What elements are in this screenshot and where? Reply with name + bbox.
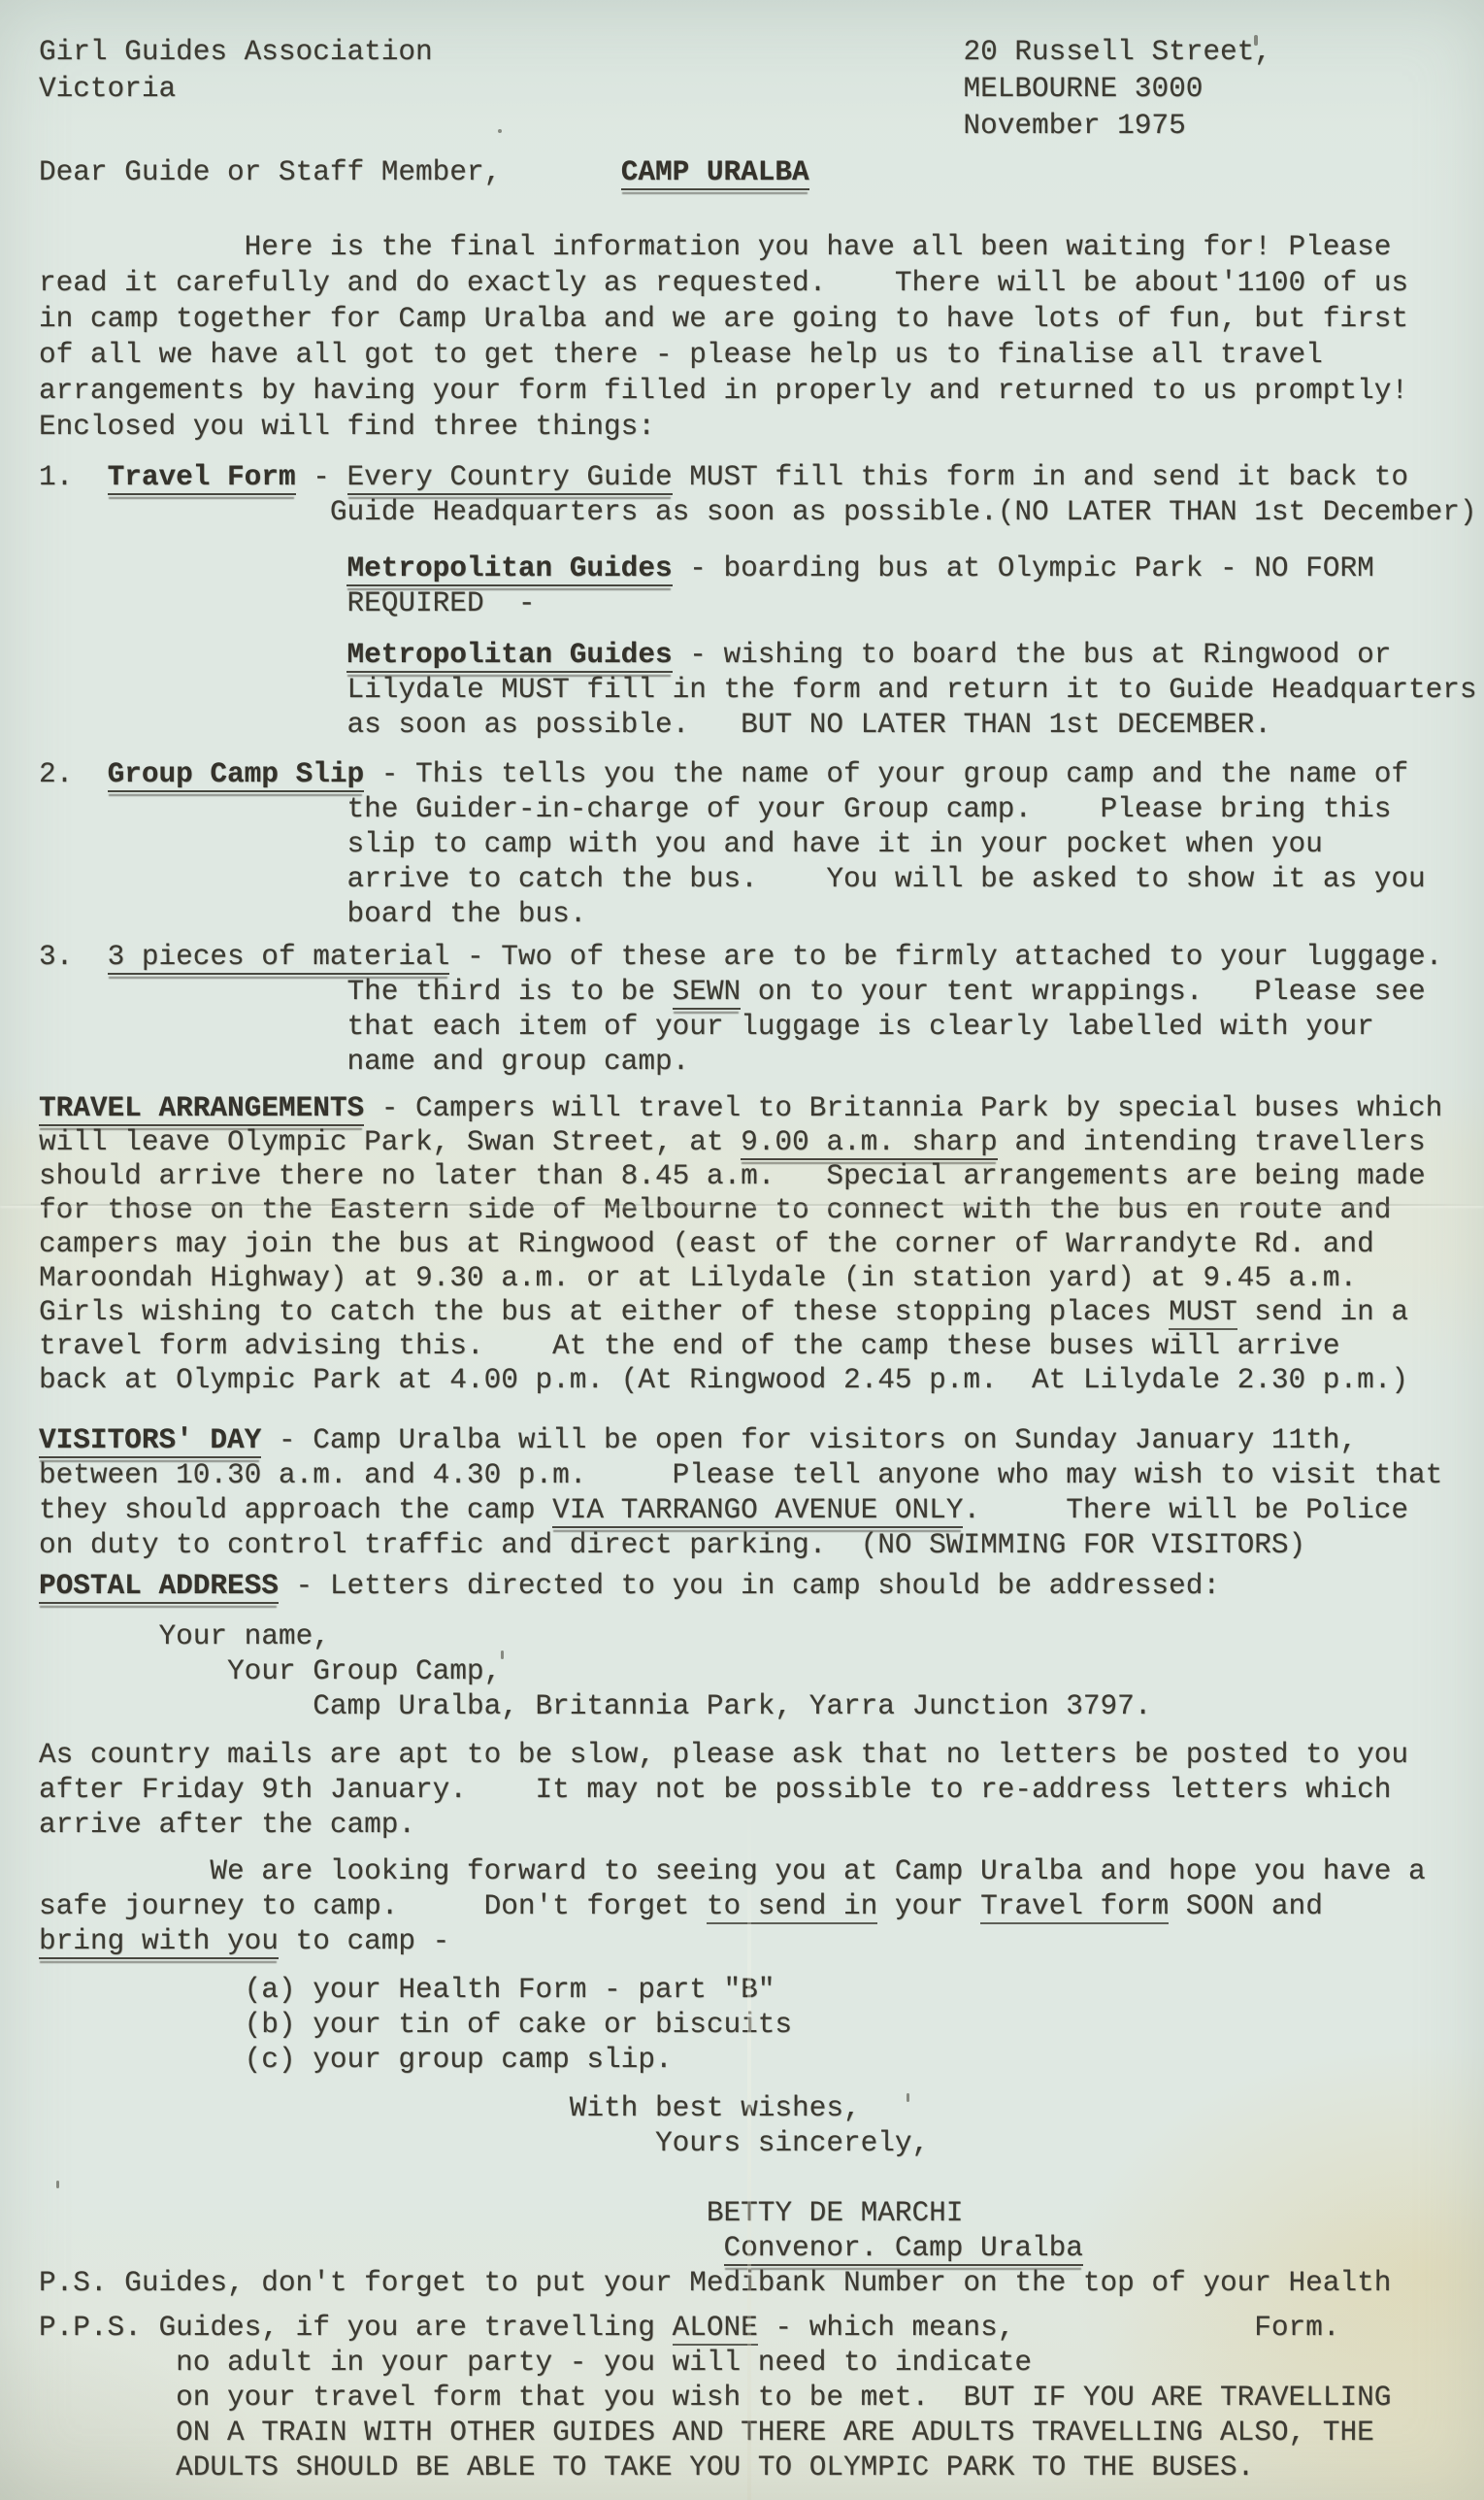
spacer [1203, 976, 1254, 1008]
paper-fold-crease [0, 1204, 1484, 1206]
text-run: after Friday 9th January. [39, 1774, 467, 1806]
text-line: Your name, [39, 1619, 1151, 1654]
text-line: that each item of your luggage is clearl… [39, 1010, 1442, 1045]
text-run: of all we have all got to get there - pl… [39, 339, 1323, 371]
text-run: no adult in your party - you will need t… [176, 2347, 1032, 2379]
ps-line: P.S. Guides, don't forget to put your Me… [39, 2266, 1391, 2301]
item-1-travel-form: 1. Travel Form - Every Country Guide MUS… [39, 460, 1477, 530]
text-line: safe journey to camp. Don't forget to se… [39, 1889, 1426, 1924]
spacer [39, 1855, 210, 1887]
heading-3-pieces-of-material: 3 pieces of material [108, 941, 450, 975]
valediction-line-1: With best wishes, [570, 2092, 861, 2124]
spacer [39, 639, 346, 671]
spacer [39, 2451, 176, 2483]
address-street: 20 Russell Street, [963, 36, 1270, 68]
spacer [39, 1011, 346, 1043]
text-run: - Campers will travel to Britannia Park … [364, 1092, 1442, 1124]
text-run: they should approach the camp [39, 1494, 552, 1526]
text-run: - boarding bus at Olympic Park - NO FORM [673, 552, 1374, 584]
text-line: Metropolitan Guides - boarding bus at Ol… [39, 551, 1374, 586]
spacer [39, 1046, 346, 1078]
text-line: 3. 3 pieces of material - Two of these a… [39, 940, 1442, 975]
text-line: back at Olympic Park at 4.00 p.m. (At Ri… [39, 1363, 1442, 1397]
text-run: - This tells you the name of your group … [364, 758, 1408, 790]
text-run: ADULTS SHOULD BE ABLE TO TAKE YOU TO OLY… [176, 2451, 1254, 2483]
text-run: Travel form [980, 1890, 1169, 1924]
spacer [39, 2347, 176, 2379]
text-line: ON A TRAIN WITH OTHER GUIDES AND THERE A… [39, 2416, 1391, 2450]
text-run: P.P.S. Guides, if you are travelling [39, 2312, 673, 2344]
paper-speck [56, 2181, 59, 2188]
spacer [73, 941, 107, 973]
pps-block: P.P.S. Guides, if you are travelling ALO… [39, 2311, 1391, 2485]
text-line: P.P.S. Guides, if you are travelling ALO… [39, 2311, 1391, 2346]
spacer [39, 1620, 158, 1652]
text-run: As country mails are apt to be slow, ple… [39, 1739, 1408, 1771]
paper-speck [501, 1650, 504, 1659]
text-run: We are looking forward to seeing you at … [210, 1855, 1425, 1887]
spacer [1032, 793, 1101, 825]
paper-speck [907, 2093, 909, 2102]
text-line: Here is the final information you have a… [39, 229, 1408, 265]
text-line: (b) your tin of cake or biscuits [39, 2008, 792, 2043]
bring-item-c: (c) your group camp slip. [245, 2044, 673, 2076]
text-run: SOON and [1169, 1890, 1323, 1922]
text-run: Please tell anyone who may wish to visit… [673, 1459, 1443, 1491]
text-run: ON A TRAIN WITH OTHER GUIDES AND THERE A… [176, 2417, 1374, 2449]
text-line: Guide Headquarters as soon as possible.(… [39, 495, 1477, 530]
text-run: - Letters directed to you in camp should… [279, 1570, 1220, 1602]
postal-address-heading: POSTAL ADDRESS - Letters directed to you… [39, 1569, 1220, 1604]
spacer [39, 2197, 707, 2229]
item-2-group-camp-slip: 2. Group Camp Slip - This tells you the … [39, 757, 1426, 932]
text-run: - Camp Uralba will be open for visitors … [261, 1424, 1357, 1456]
text-run: It may not be possible to re-address let… [536, 1774, 1392, 1806]
visitors-day-paragraph: VISITORS' DAY - Camp Uralba will be open… [39, 1423, 1442, 1563]
text-run: read it carefully and do exactly as requ… [39, 267, 826, 299]
text-line: November 1975 [39, 108, 1271, 145]
spacer [586, 1459, 672, 1491]
text-line: Dear Guide or Staff Member, CAMP URALBA [39, 155, 809, 190]
text-run: There will be about'1100 of us [895, 267, 1408, 299]
spacer [39, 828, 346, 860]
spacer [484, 1330, 553, 1362]
text-line: Girl Guides Association 20 Russell Stree… [39, 34, 1271, 71]
text-run: ALONE [673, 2312, 758, 2346]
text-run: board the bus. [346, 898, 586, 930]
text-line: Maroondah Highway) at 9.30 a.m. or at Li… [39, 1261, 1442, 1295]
spacer [39, 496, 330, 528]
text-run: VIA TARRANGO AVENUE ONLY [552, 1494, 963, 1528]
spacer [398, 1890, 483, 1922]
text-run: Girls wishing to catch the bus at either… [39, 1296, 1169, 1328]
heading-group-camp-slip: Group Camp Slip [108, 758, 365, 792]
spacer [39, 863, 346, 895]
text-run: SEWN [673, 976, 742, 1010]
text-run: BUT NO LATER THAN 1st DECEMBER. [741, 709, 1271, 741]
text-run: (NO SWIMMING FOR VISITORS) [861, 1529, 1306, 1561]
text-run: in camp together for Camp Uralba and we … [39, 303, 1408, 335]
text-run: send in a [1237, 1296, 1408, 1328]
text-line: they should approach the camp VIA TARRAN… [39, 1493, 1442, 1528]
text-run: - [518, 587, 536, 619]
text-line: Camp Uralba, Britannia Park, Yarra Junct… [39, 1689, 1151, 1724]
text-line: We are looking forward to seeing you at … [39, 1854, 1426, 1889]
text-line: in camp together for Camp Uralba and we … [39, 301, 1408, 337]
text-line: Convenor. Camp Uralba [39, 2231, 1083, 2266]
country-mails-paragraph: As country mails are apt to be slow, ple… [39, 1738, 1408, 1843]
text-run: The third is to be [346, 976, 672, 1008]
text-run: 3. [39, 941, 73, 973]
text-line: as soon as possible. BUT NO LATER THAN 1… [39, 708, 1477, 743]
text-run: as soon as possible. [346, 709, 689, 741]
text-line: BETTY DE MARCHI [39, 2196, 1083, 2231]
text-line: Lilydale MUST fill in the form and retur… [39, 673, 1477, 708]
text-run: 1. [39, 461, 73, 493]
text-run: on your travel form that you wish to be … [176, 2382, 929, 2414]
text-run: safe journey to camp. [39, 1890, 398, 1922]
text-line: campers may join the bus at Ringwood (ea… [39, 1227, 1442, 1261]
spacer [433, 36, 964, 68]
spacer [73, 758, 107, 790]
text-line: 2. Group Camp Slip - This tells you the … [39, 757, 1426, 792]
bring-list: (a) your Health Form - part "B" (b) your… [39, 1973, 792, 2078]
spacer [484, 587, 518, 619]
text-line: 1. Travel Form - Every Country Guide MUS… [39, 460, 1477, 495]
text-run: the Guider-in-charge of your Group camp. [346, 793, 1032, 825]
text-line: read it carefully and do exactly as requ… [39, 265, 1408, 301]
text-run: 9.00 a.m. sharp [741, 1126, 998, 1160]
closing-paragraph: We are looking forward to seeing you at … [39, 1854, 1426, 1959]
valediction: With best wishes, Yours sincerely, [39, 2091, 929, 2161]
text-line: Victoria MELBOURNE 3000 [39, 71, 1271, 108]
text-run: should arrive there no later than 8.45 a… [39, 1160, 775, 1192]
text-line: will leave Olympic Park, Swan Street, at… [39, 1125, 1442, 1159]
spacer [39, 2009, 245, 2041]
spacer [73, 461, 107, 493]
text-run: arrive after the camp. [39, 1809, 415, 1841]
text-run: back at Olympic Park at 4.00 p.m. (At Ri… [39, 1364, 998, 1396]
text-run: . [963, 1494, 980, 1526]
bring-item-a: (a) your Health Form - part "B" [245, 1974, 775, 2006]
postal-line-1: Your name, [158, 1620, 329, 1652]
text-line: on your travel form that you wish to be … [39, 2381, 1391, 2416]
text-run: and intending travellers [998, 1126, 1426, 1158]
letter-page: Girl Guides Association 20 Russell Stree… [0, 0, 1484, 2500]
spacer [39, 231, 245, 263]
spacer [39, 2092, 570, 2124]
spacer [929, 2382, 963, 2414]
heading-postal-address: POSTAL ADDRESS [39, 1570, 279, 1604]
salutation: Dear Guide or Staff Member, [39, 156, 501, 188]
paper-fold-crease-vertical [747, 1806, 751, 2500]
text-line: Enclosed you will find three things: [39, 410, 655, 445]
text-run: REQUIRED [346, 587, 483, 619]
spacer [826, 1529, 860, 1561]
heading-travel-form: Travel Form [108, 461, 296, 495]
spacer [39, 674, 346, 706]
text-line: Girls wishing to catch the bus at either… [39, 1295, 1442, 1329]
text-line: arrive to catch the bus. You will be ask… [39, 862, 1426, 897]
text-run: that each item of your luggage is clearl… [346, 1011, 1373, 1043]
heading-metropolitan-guides-1: Metropolitan Guides [346, 552, 672, 586]
spacer [39, 2232, 724, 2264]
item-1-metropolitan-ringwood: Metropolitan Guides - wishing to board t… [39, 638, 1477, 743]
text-line: Metropolitan Guides - wishing to board t… [39, 638, 1477, 673]
signatory-name: BETTY DE MARCHI [707, 2197, 964, 2229]
spacer [39, 709, 346, 741]
text-line: ADULTS SHOULD BE ABLE TO TAKE YOU TO OLY… [39, 2450, 1391, 2485]
paper-speck [498, 129, 502, 133]
text-line: of all we have all got to get there - pl… [39, 337, 1408, 373]
text-line: board the bus. [39, 897, 1426, 932]
text-run: There will be Police [1066, 1494, 1408, 1526]
spacer [39, 2044, 245, 2076]
spacer [39, 110, 963, 142]
text-line: arrive after the camp. [39, 1808, 1408, 1843]
text-run: Special arrangements are being made [826, 1160, 1425, 1192]
letterhead: Girl Guides Association 20 Russell Stree… [39, 34, 1271, 145]
text-line: slip to camp with you and have it in you… [39, 827, 1426, 862]
text-run: BUT IF YOU ARE TRAVELLING [963, 2382, 1391, 2414]
text-run: Lilydale MUST fill in the form and retur… [346, 674, 1476, 706]
spacer [775, 1160, 826, 1192]
travel-arrangements-paragraph: TRAVEL ARRANGEMENTS - Campers will trave… [39, 1091, 1442, 1397]
spacer [39, 1974, 245, 2006]
text-run: between 10.30 a.m. and 4.30 p.m. [39, 1459, 586, 1491]
text-line: between 10.30 a.m. and 4.30 p.m. Please … [39, 1458, 1442, 1493]
text-run: campers may join the bus at Ringwood (ea… [39, 1228, 1374, 1260]
text-run: - [296, 461, 347, 493]
text-run: MUST fill this form in and send it back … [673, 461, 1408, 493]
text-line: P.S. Guides, don't forget to put your Me… [39, 2266, 1391, 2301]
text-run: will leave Olympic Park, Swan Street, at [39, 1126, 741, 1158]
org-region: Victoria [39, 73, 176, 105]
spacer [39, 2382, 176, 2414]
spacer [998, 1364, 1032, 1396]
text-run: - which means, [758, 2312, 1015, 2344]
text-line: no adult in your party - you will need t… [39, 2346, 1391, 2381]
text-run: - wishing to board the bus at Ringwood o… [673, 639, 1392, 671]
heading-travel-arrangements: TRAVEL ARRANGEMENTS [39, 1092, 364, 1126]
spacer [39, 552, 346, 584]
text-run: Every Country Guide [347, 461, 673, 495]
valediction-line-2: Yours sincerely, [655, 2127, 929, 2159]
text-run: Please see [1254, 976, 1425, 1008]
text-run: travel form advising this. [39, 1330, 484, 1362]
text-run: At the end of the camp these buses will … [552, 1330, 1339, 1362]
text-run: on to your tent wrappings. [741, 976, 1203, 1008]
spacer [758, 863, 827, 895]
enclosed-line: Enclosed you will find three things: [39, 410, 655, 445]
text-run: to send in [707, 1890, 877, 1924]
item-3-pieces-of-material: 3. 3 pieces of material - Two of these a… [39, 940, 1442, 1080]
postal-line-2: Your Group Camp, [227, 1655, 501, 1687]
spacer [39, 587, 346, 619]
ps-continuation: Form. [1254, 2312, 1339, 2344]
spacer [689, 709, 741, 741]
letter-date: November 1975 [963, 110, 1185, 142]
text-run: At Lilydale 2.30 p.m.) [1032, 1364, 1408, 1396]
spacer [39, 976, 346, 1008]
text-line: As country mails are apt to be slow, ple… [39, 1738, 1408, 1773]
spacer [980, 1494, 1066, 1526]
text-run: Maroondah Highway) at 9.30 a.m. or at Li… [39, 1262, 1357, 1294]
text-run: arrive to catch the bus. [346, 863, 757, 895]
text-line: the Guider-in-charge of your Group camp.… [39, 792, 1426, 827]
text-run: Guide Headquarters as soon as possible.(… [330, 496, 1477, 528]
heading-visitors-day: VISITORS' DAY [39, 1424, 261, 1458]
text-line: The third is to be SEWN on to your tent … [39, 975, 1442, 1010]
text-run: Enclosed you will find three things: [39, 411, 655, 443]
text-line: POSTAL ADDRESS - Letters directed to you… [39, 1569, 1220, 1604]
text-line: travel form advising this. At the end of… [39, 1329, 1442, 1363]
intro-paragraph: Here is the final information you have a… [39, 229, 1408, 409]
text-run: Here is the final information you have a… [245, 231, 1392, 263]
bring-item-b: (b) your tin of cake or biscuits [245, 2009, 792, 2041]
spacer [39, 793, 346, 825]
text-run: P.S. Guides, don't forget to put your Me… [39, 2267, 1391, 2299]
text-line: should arrive there no later than 8.45 a… [39, 1159, 1442, 1193]
address-city: MELBOURNE 3000 [963, 73, 1203, 105]
text-line: (a) your Health Form - part "B" [39, 1973, 792, 2008]
text-run: your [877, 1890, 980, 1922]
text-line: arrangements by having your form filled … [39, 373, 1408, 409]
signature-block: BETTY DE MARCHI Convenor. Camp Uralba [39, 2196, 1083, 2266]
text-run: bring with you [39, 1925, 279, 1959]
text-line: Yours sincerely, [39, 2126, 929, 2161]
text-run: name and group camp. [346, 1046, 689, 1078]
spacer [826, 267, 895, 299]
text-line: bring with you to camp - [39, 1924, 1426, 1959]
postal-line-3: Camp Uralba, Britannia Park, Yarra Junct… [313, 1690, 1151, 1722]
spacer [39, 1690, 313, 1722]
item-1-metropolitan-olympic-park: Metropolitan Guides - boarding bus at Ol… [39, 551, 1374, 621]
text-run: MUST [1169, 1296, 1237, 1330]
text-line: on duty to control traffic and direct pa… [39, 1528, 1442, 1563]
text-run: on duty to control traffic and direct pa… [39, 1529, 826, 1561]
signatory-title: Convenor. Camp Uralba [724, 2232, 1083, 2266]
text-line: REQUIRED - [39, 586, 1374, 621]
heading-metropolitan-guides-2: Metropolitan Guides [346, 639, 672, 673]
text-run: Don't forget [484, 1890, 707, 1922]
subject-camp-uralba: CAMP URALBA [621, 156, 809, 190]
salutation-line: Dear Guide or Staff Member, CAMP URALBA [39, 155, 809, 190]
paper-speck [1254, 35, 1258, 46]
text-line: VISITORS' DAY - Camp Uralba will be open… [39, 1423, 1442, 1458]
text-run: slip to camp with you and have it in you… [346, 828, 1322, 860]
spacer [467, 1774, 536, 1806]
text-run: 2. [39, 758, 73, 790]
spacer [39, 2417, 176, 2449]
org-name: Girl Guides Association [39, 36, 433, 68]
text-line: Your Group Camp, [39, 1654, 1151, 1689]
text-run: You will be asked to show it as you [826, 863, 1425, 895]
spacer [39, 1655, 227, 1687]
text-line: TRAVEL ARRANGEMENTS - Campers will trave… [39, 1091, 1442, 1125]
text-run: to camp - [279, 1925, 449, 1957]
text-line: With best wishes, [39, 2091, 929, 2126]
text-run: - Two of these are to be firmly attached… [449, 941, 1442, 973]
text-line: for those on the Eastern side of Melbour… [39, 1193, 1442, 1227]
spacer [1014, 2312, 1254, 2344]
spacer [501, 156, 620, 188]
text-line: (c) your group camp slip. [39, 2043, 792, 2078]
text-line: name and group camp. [39, 1045, 1442, 1080]
spacer [39, 898, 346, 930]
text-run: for those on the Eastern side of Melbour… [39, 1194, 1391, 1226]
text-line: after Friday 9th January. It may not be … [39, 1773, 1408, 1808]
spacer [39, 2127, 655, 2159]
text-run: Please bring this [1101, 793, 1392, 825]
postal-address-lines: Your name, Your Group Camp, Camp Uralba,… [39, 1619, 1151, 1724]
text-run: arrangements by having your form filled … [39, 375, 1408, 407]
spacer [176, 73, 963, 105]
